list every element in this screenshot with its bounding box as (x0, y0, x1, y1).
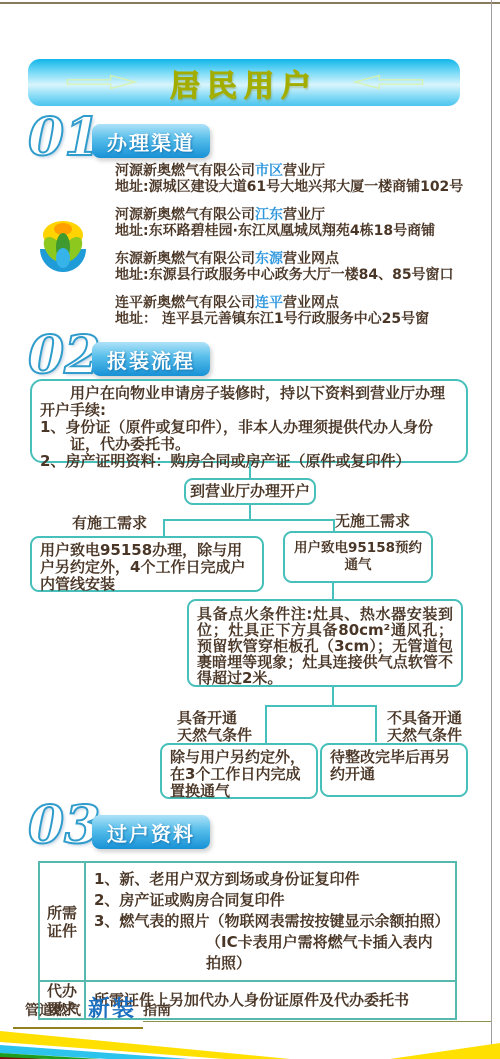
connector (375, 705, 377, 742)
arrow-left-icon (352, 72, 424, 92)
connector (265, 705, 267, 743)
connector (163, 519, 335, 521)
office-entry: 河源新奥燃气有限公司市区营业厅 地址:源城区建设大道61号大地兴邦大厦一楼商铺1… (115, 163, 485, 195)
banner-title: 居民用户 (170, 61, 318, 105)
branch-highlight: 东源 (255, 251, 283, 267)
connector (332, 583, 334, 599)
table-line: 2、房产证或购房合同复印件 (94, 890, 447, 911)
label-no-construction: 无施工需求 (335, 513, 410, 530)
section3-number: 03 (28, 800, 100, 852)
table-line: 3、燃气表的照片（物联网表需按按键显示余额拍照） (94, 911, 447, 932)
row-header: 所需 证件 (40, 863, 86, 980)
office-entry: 连平新奥燃气有限公司连平营业网点 地址： 连平县元善镇东江1号行政服务中心25号… (115, 295, 485, 327)
connector (265, 705, 377, 707)
poster-page: 居民用户 01 办理渠道 河源新奥燃气有限公司市区营业厅 地址:源城区建设大道6… (0, 0, 500, 1059)
top-border-line (0, 2, 500, 4)
flow-not-ready-box: 待整改完毕后再另约开通 (320, 743, 468, 797)
flow-no-construction-box: 用户致电95158预约通气 (283, 531, 433, 583)
right-border-line (491, 0, 492, 1059)
office-title: 河源新奥燃气有限公司江东营业厅 (115, 207, 485, 223)
office-entry: 东源新奥燃气有限公司东源营业网点 地址:东源县行政服务中心政务大厅一楼84、85… (115, 251, 485, 283)
bottom-swoosh-decoration (0, 1019, 500, 1059)
office-address: 地址:源城区建设大道61号大地兴邦大厦一楼商铺102号 (115, 179, 485, 195)
office-entry: 河源新奥燃气有限公司江东营业厅 地址:东环路碧桂园·东江凤凰城凤翔苑4栋18号商… (115, 207, 485, 239)
intro-paragraph: 用户在向物业申请房子装修时，持以下资料到营业厅办理开户手续: (40, 385, 458, 419)
branch-highlight: 连平 (255, 295, 283, 311)
office-list: 河源新奥燃气有限公司市区营业厅 地址:源城区建设大道61号大地兴邦大厦一楼商铺1… (115, 163, 485, 339)
enn-flower-icon (30, 212, 96, 286)
table-line: （IC卡表用户需将燃气卡插入表内拍照） (94, 932, 447, 974)
flow-ignition-box: 具备点火条件注:灶具、热水器安装到位；灶具正下方具备80cm²通风孔；预留软管穿… (187, 599, 463, 687)
office-title: 连平新奥燃气有限公司连平营业网点 (115, 295, 485, 311)
flow-ready-box: 除与用户另约定外，在3个工作日内完成置换通气 (160, 743, 318, 799)
office-title: 河源新奥燃气有限公司市区营业厅 (115, 163, 485, 179)
section2-number: 02 (28, 330, 100, 382)
flow-open-account-box: 到营业厅办理开户 (184, 478, 316, 505)
office-address: 地址:东环路碧桂园·东江凤凰城凤翔苑4栋18号商铺 (115, 223, 485, 239)
label-not-ready: 不具备开通 天然气条件 (387, 710, 462, 744)
branch-highlight: 江东 (255, 207, 283, 223)
office-address: 地址： 连平县元善镇东江1号行政服务中心25号窗 (115, 311, 485, 327)
office-address: 地址:东源县行政服务中心政务大厅一楼84、85号窗口 (115, 267, 485, 283)
connector (249, 463, 251, 478)
section1-title: 办理渠道 (92, 124, 210, 158)
table-row: 所需 证件 1、新、老用户双方到场或身份证复印件 2、房产证或购房合同复印件 3… (40, 863, 455, 980)
company-logo (30, 212, 96, 286)
arrow-right-icon (66, 72, 138, 92)
office-title: 东源新奥燃气有限公司东源营业网点 (115, 251, 485, 267)
connector (332, 687, 334, 705)
row-content: 1、新、老用户双方到场或身份证复印件 2、房产证或购房合同复印件 3、燃气表的照… (86, 863, 455, 980)
connector (249, 505, 251, 519)
label-has-construction: 有施工需求 (72, 515, 147, 532)
section1-number: 01 (28, 112, 100, 164)
section2-title: 报装流程 (92, 342, 210, 376)
table-line: 1、新、老用户双方到场或身份证复印件 (94, 869, 447, 890)
branch-highlight: 市区 (255, 163, 283, 179)
flow-construction-box: 用户致电95158办理，除与用户另约定外，4个工作日完成户内管线安装 (30, 536, 264, 592)
section3-title: 过户资料 (92, 815, 210, 849)
label-ready: 具备开通 天然气条件 (177, 710, 252, 744)
flow-intro-box: 用户在向物业申请房子装修时，持以下资料到营业厅办理开户手续: 1、身份证（原件或… (30, 379, 468, 463)
connector (163, 519, 165, 537)
intro-item-1: 1、身份证（原件或复印件），非本人办理须提供代办人身份证，代办委托书。 (40, 419, 458, 453)
